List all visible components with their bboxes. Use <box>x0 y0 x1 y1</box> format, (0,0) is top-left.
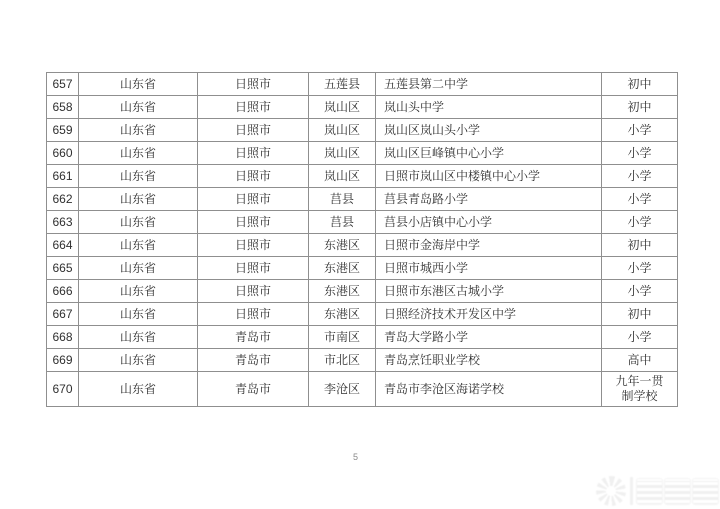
watermark-logo-icon <box>596 476 626 506</box>
cell-school: 岚山头中学 <box>376 96 602 119</box>
cell-province: 山东省 <box>79 257 198 280</box>
cell-type: 初中 <box>602 234 678 257</box>
cell-school: 日照经济技术开发区中学 <box>376 303 602 326</box>
cell-type: 九年一贯制学校 <box>602 372 678 407</box>
cell-index: 657 <box>47 73 79 96</box>
cell-city: 青岛市 <box>198 372 309 407</box>
cell-type: 小学 <box>602 119 678 142</box>
cell-school: 莒县小店镇中心小学 <box>376 211 602 234</box>
cell-school: 青岛大学路小学 <box>376 326 602 349</box>
cell-province: 山东省 <box>79 211 198 234</box>
cell-type: 初中 <box>602 96 678 119</box>
table-row: 669山东省青岛市市北区青岛烹饪职业学校高中 <box>47 349 678 372</box>
cell-district: 岚山区 <box>309 142 376 165</box>
cell-district: 莒县 <box>309 188 376 211</box>
table-row: 662山东省日照市莒县莒县青岛路小学小学 <box>47 188 678 211</box>
cell-school: 日照市金海岸中学 <box>376 234 602 257</box>
cell-index: 669 <box>47 349 79 372</box>
cell-school: 青岛烹饪职业学校 <box>376 349 602 372</box>
cell-school: 日照市岚山区中楼镇中心小学 <box>376 165 602 188</box>
cell-city: 日照市 <box>198 165 309 188</box>
cell-province: 山东省 <box>79 165 198 188</box>
cell-city: 日照市 <box>198 280 309 303</box>
cell-province: 山东省 <box>79 96 198 119</box>
cell-district: 东港区 <box>309 257 376 280</box>
cell-index: 668 <box>47 326 79 349</box>
cell-district: 岚山区 <box>309 165 376 188</box>
cell-district: 东港区 <box>309 280 376 303</box>
table-row: 670山东省青岛市李沧区青岛市李沧区海诺学校九年一贯制学校 <box>47 372 678 407</box>
cell-province: 山东省 <box>79 349 198 372</box>
page-number: 5 <box>353 452 358 462</box>
cell-index: 658 <box>47 96 79 119</box>
school-table-body: 657山东省日照市五莲县五莲县第二中学初中658山东省日照市岚山区岚山头中学初中… <box>47 73 678 407</box>
cell-type: 小学 <box>602 326 678 349</box>
cell-type: 小学 <box>602 142 678 165</box>
table-row: 663山东省日照市莒县莒县小店镇中心小学小学 <box>47 211 678 234</box>
cell-type: 小学 <box>602 188 678 211</box>
cell-index: 662 <box>47 188 79 211</box>
cell-city: 青岛市 <box>198 349 309 372</box>
cell-district: 东港区 <box>309 234 376 257</box>
cell-city: 日照市 <box>198 142 309 165</box>
watermark-divider <box>630 477 633 505</box>
cell-district: 莒县 <box>309 211 376 234</box>
cell-district: 岚山区 <box>309 96 376 119</box>
cell-district: 东港区 <box>309 303 376 326</box>
cell-type: 高中 <box>602 349 678 372</box>
cell-index: 666 <box>47 280 79 303</box>
cell-index: 664 <box>47 234 79 257</box>
cell-province: 山东省 <box>79 326 198 349</box>
document-page: 657山东省日照市五莲县五莲县第二中学初中658山东省日照市岚山区岚山头中学初中… <box>0 0 720 509</box>
cell-district: 市南区 <box>309 326 376 349</box>
table-row: 665山东省日照市东港区日照市城西小学小学 <box>47 257 678 280</box>
table-row: 666山东省日照市东港区日照市东港区古城小学小学 <box>47 280 678 303</box>
cell-school: 五莲县第二中学 <box>376 73 602 96</box>
cell-district: 岚山区 <box>309 119 376 142</box>
cell-type: 小学 <box>602 211 678 234</box>
cell-index: 663 <box>47 211 79 234</box>
cell-province: 山东省 <box>79 119 198 142</box>
cell-district: 五莲县 <box>309 73 376 96</box>
cell-province: 山东省 <box>79 234 198 257</box>
cell-index: 661 <box>47 165 79 188</box>
cell-province: 山东省 <box>79 142 198 165</box>
cell-city: 日照市 <box>198 234 309 257</box>
cell-school: 日照市东港区古城小学 <box>376 280 602 303</box>
cell-index: 660 <box>47 142 79 165</box>
school-table: 657山东省日照市五莲县五莲县第二中学初中658山东省日照市岚山区岚山头中学初中… <box>46 72 678 407</box>
cell-city: 青岛市 <box>198 326 309 349</box>
table-row: 657山东省日照市五莲县五莲县第二中学初中 <box>47 73 678 96</box>
cell-type: 小学 <box>602 165 678 188</box>
cell-province: 山东省 <box>79 372 198 407</box>
table-row: 661山东省日照市岚山区日照市岚山区中楼镇中心小学小学 <box>47 165 678 188</box>
cell-index: 670 <box>47 372 79 407</box>
watermark <box>596 476 718 506</box>
cell-province: 山东省 <box>79 188 198 211</box>
cell-province: 山东省 <box>79 73 198 96</box>
cell-city: 日照市 <box>198 96 309 119</box>
cell-city: 日照市 <box>198 73 309 96</box>
cell-school: 岚山区岚山头小学 <box>376 119 602 142</box>
cell-type: 初中 <box>602 303 678 326</box>
cell-city: 日照市 <box>198 257 309 280</box>
watermark-text-blocks <box>637 479 718 504</box>
table-row: 668山东省青岛市市南区青岛大学路小学小学 <box>47 326 678 349</box>
cell-province: 山东省 <box>79 303 198 326</box>
cell-city: 日照市 <box>198 211 309 234</box>
table-row: 659山东省日照市岚山区岚山区岚山头小学小学 <box>47 119 678 142</box>
cell-school: 莒县青岛路小学 <box>376 188 602 211</box>
table-row: 664山东省日照市东港区日照市金海岸中学初中 <box>47 234 678 257</box>
cell-school: 日照市城西小学 <box>376 257 602 280</box>
cell-type: 小学 <box>602 257 678 280</box>
cell-city: 日照市 <box>198 303 309 326</box>
table-row: 667山东省日照市东港区日照经济技术开发区中学初中 <box>47 303 678 326</box>
cell-index: 667 <box>47 303 79 326</box>
cell-school: 岚山区巨峰镇中心小学 <box>376 142 602 165</box>
cell-school: 青岛市李沧区海诺学校 <box>376 372 602 407</box>
table-row: 660山东省日照市岚山区岚山区巨峰镇中心小学小学 <box>47 142 678 165</box>
cell-city: 日照市 <box>198 119 309 142</box>
cell-district: 李沧区 <box>309 372 376 407</box>
cell-province: 山东省 <box>79 280 198 303</box>
cell-index: 659 <box>47 119 79 142</box>
cell-city: 日照市 <box>198 188 309 211</box>
cell-type: 初中 <box>602 73 678 96</box>
cell-index: 665 <box>47 257 79 280</box>
table-row: 658山东省日照市岚山区岚山头中学初中 <box>47 96 678 119</box>
cell-type: 小学 <box>602 280 678 303</box>
cell-district: 市北区 <box>309 349 376 372</box>
